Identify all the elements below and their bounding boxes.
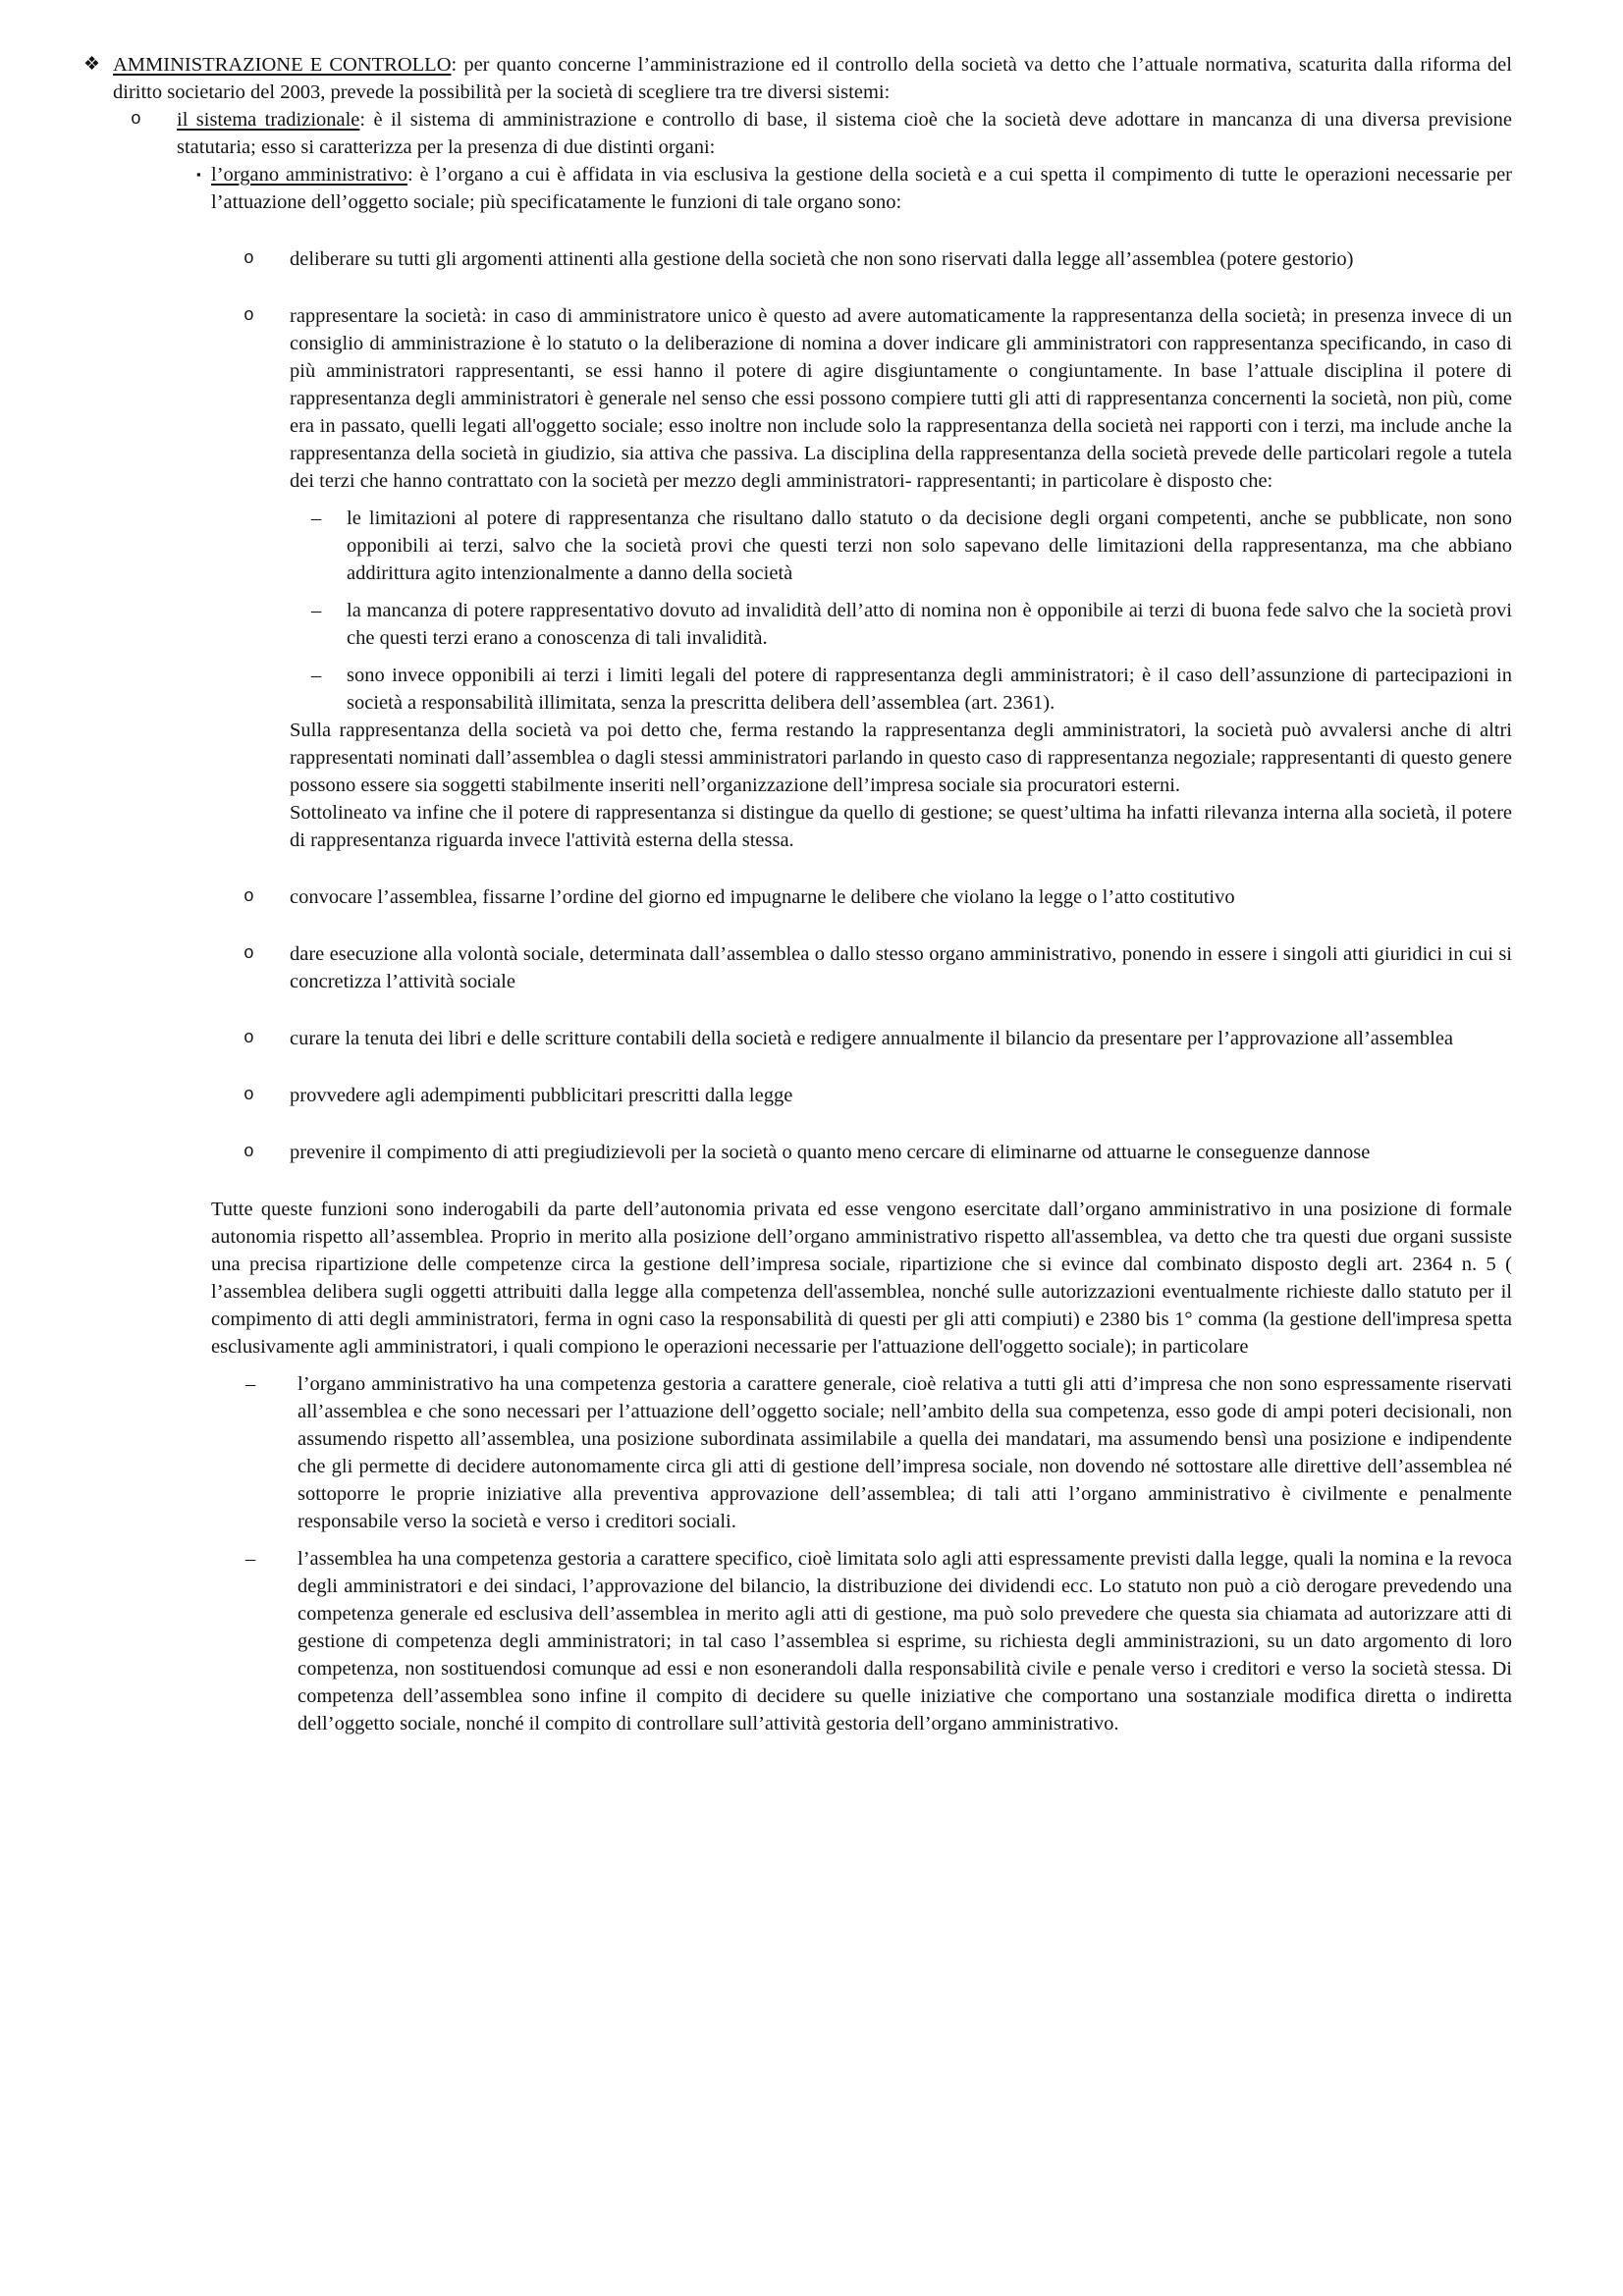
function-item-provvedere: oprovvedere agli adempimenti pubblicitar… xyxy=(290,1082,1512,1109)
function-item-dare-esecuzione: odare esecuzione alla volontà sociale, d… xyxy=(290,940,1512,995)
item-text: curare la tenuta dei libri e delle scrit… xyxy=(290,1028,1453,1049)
function-item-rappresentare: orappresentare la società: in caso di am… xyxy=(290,302,1512,495)
dash-item-competenza-specifica: –l’assemblea ha una competenza gestoria … xyxy=(298,1545,1512,1737)
circle-bullet-icon: o xyxy=(243,940,254,968)
function-item-prevenire: oprevenire il compimento di atti pregiud… xyxy=(290,1139,1512,1166)
function-item-curare: ocurare la tenuta dei libri e delle scri… xyxy=(290,1025,1512,1052)
item-text: provvedere agli adempimenti pubblicitari… xyxy=(290,1085,792,1106)
dash-bullet-icon: – xyxy=(311,662,321,689)
circle-bullet-icon: o xyxy=(131,106,141,133)
circle-bullet-icon: o xyxy=(243,245,254,273)
item-text: deliberare su tutti gli argomenti attine… xyxy=(290,248,1353,270)
item-title: il sistema tradizionale xyxy=(177,109,359,131)
item-text: l’assemblea ha una competenza gestoria a… xyxy=(298,1548,1512,1735)
item-text: la mancanza di potere rappresentativo do… xyxy=(347,600,1512,649)
list-item-organo-amministrativo: ▪l’organo amministrativo: è l’organo a c… xyxy=(211,161,1512,216)
paragraph-tutte-queste-funzioni: Tutte queste funzioni sono inderogabili … xyxy=(211,1196,1512,1361)
dash-bullet-icon: – xyxy=(311,597,321,624)
circle-bullet-icon: o xyxy=(243,302,254,330)
diamond-bullet-icon: ❖ xyxy=(83,51,100,79)
dash-item-limiti-legali: –sono invece opponibili ai terzi i limit… xyxy=(347,662,1512,717)
item-text: dare esecuzione alla volontà sociale, de… xyxy=(290,943,1512,992)
list-item-sistema-tradizionale: oil sistema tradizionale: è il sistema d… xyxy=(177,106,1512,161)
circle-bullet-icon: o xyxy=(243,883,254,911)
circle-bullet-icon: o xyxy=(243,1082,254,1109)
dash-bullet-icon: – xyxy=(245,1545,255,1573)
item-text: rappresentare la società: in caso di amm… xyxy=(290,305,1512,492)
item-text: le limitazioni al potere di rappresentan… xyxy=(347,507,1512,584)
paragraph-sottolineato: Sottolineato va infine che il potere di … xyxy=(290,799,1512,854)
section-heading: ❖AMMINISTRAZIONE E CONTROLLO: per quanto… xyxy=(113,51,1512,106)
square-bullet-icon: ▪ xyxy=(196,161,201,188)
dash-bullet-icon: – xyxy=(311,505,321,532)
function-item-convocare: oconvocare l’assemblea, fissarne l’ordin… xyxy=(290,883,1512,911)
document-page: ❖AMMINISTRAZIONE E CONTROLLO: per quanto… xyxy=(0,0,1623,1737)
dash-item-limitazioni: –le limitazioni al potere di rappresenta… xyxy=(347,505,1512,587)
item-text: convocare l’assemblea, fissarne l’ordine… xyxy=(290,886,1235,908)
item-title: l’organo amministrativo xyxy=(211,164,407,186)
dash-item-mancanza-potere: –la mancanza di potere rappresentativo d… xyxy=(347,597,1512,652)
item-text: : è il sistema di amministrazione e cont… xyxy=(177,109,1512,158)
paragraph-sulla-rappresentanza: Sulla rappresentanza della società va po… xyxy=(290,717,1512,799)
dash-bullet-icon: – xyxy=(245,1370,255,1398)
item-text: l’organo amministrativo ha una competenz… xyxy=(298,1373,1512,1532)
section-title: AMMINISTRAZIONE E CONTROLLO xyxy=(113,54,452,76)
circle-bullet-icon: o xyxy=(243,1139,254,1166)
circle-bullet-icon: o xyxy=(243,1025,254,1052)
item-text: sono invece opponibili ai terzi i limiti… xyxy=(347,665,1512,714)
item-text: prevenire il compimento di atti pregiudi… xyxy=(290,1142,1370,1163)
dash-item-competenza-generale: –l’organo amministrativo ha una competen… xyxy=(298,1370,1512,1535)
function-item-deliberare: odeliberare su tutti gli argomenti attin… xyxy=(290,245,1512,273)
